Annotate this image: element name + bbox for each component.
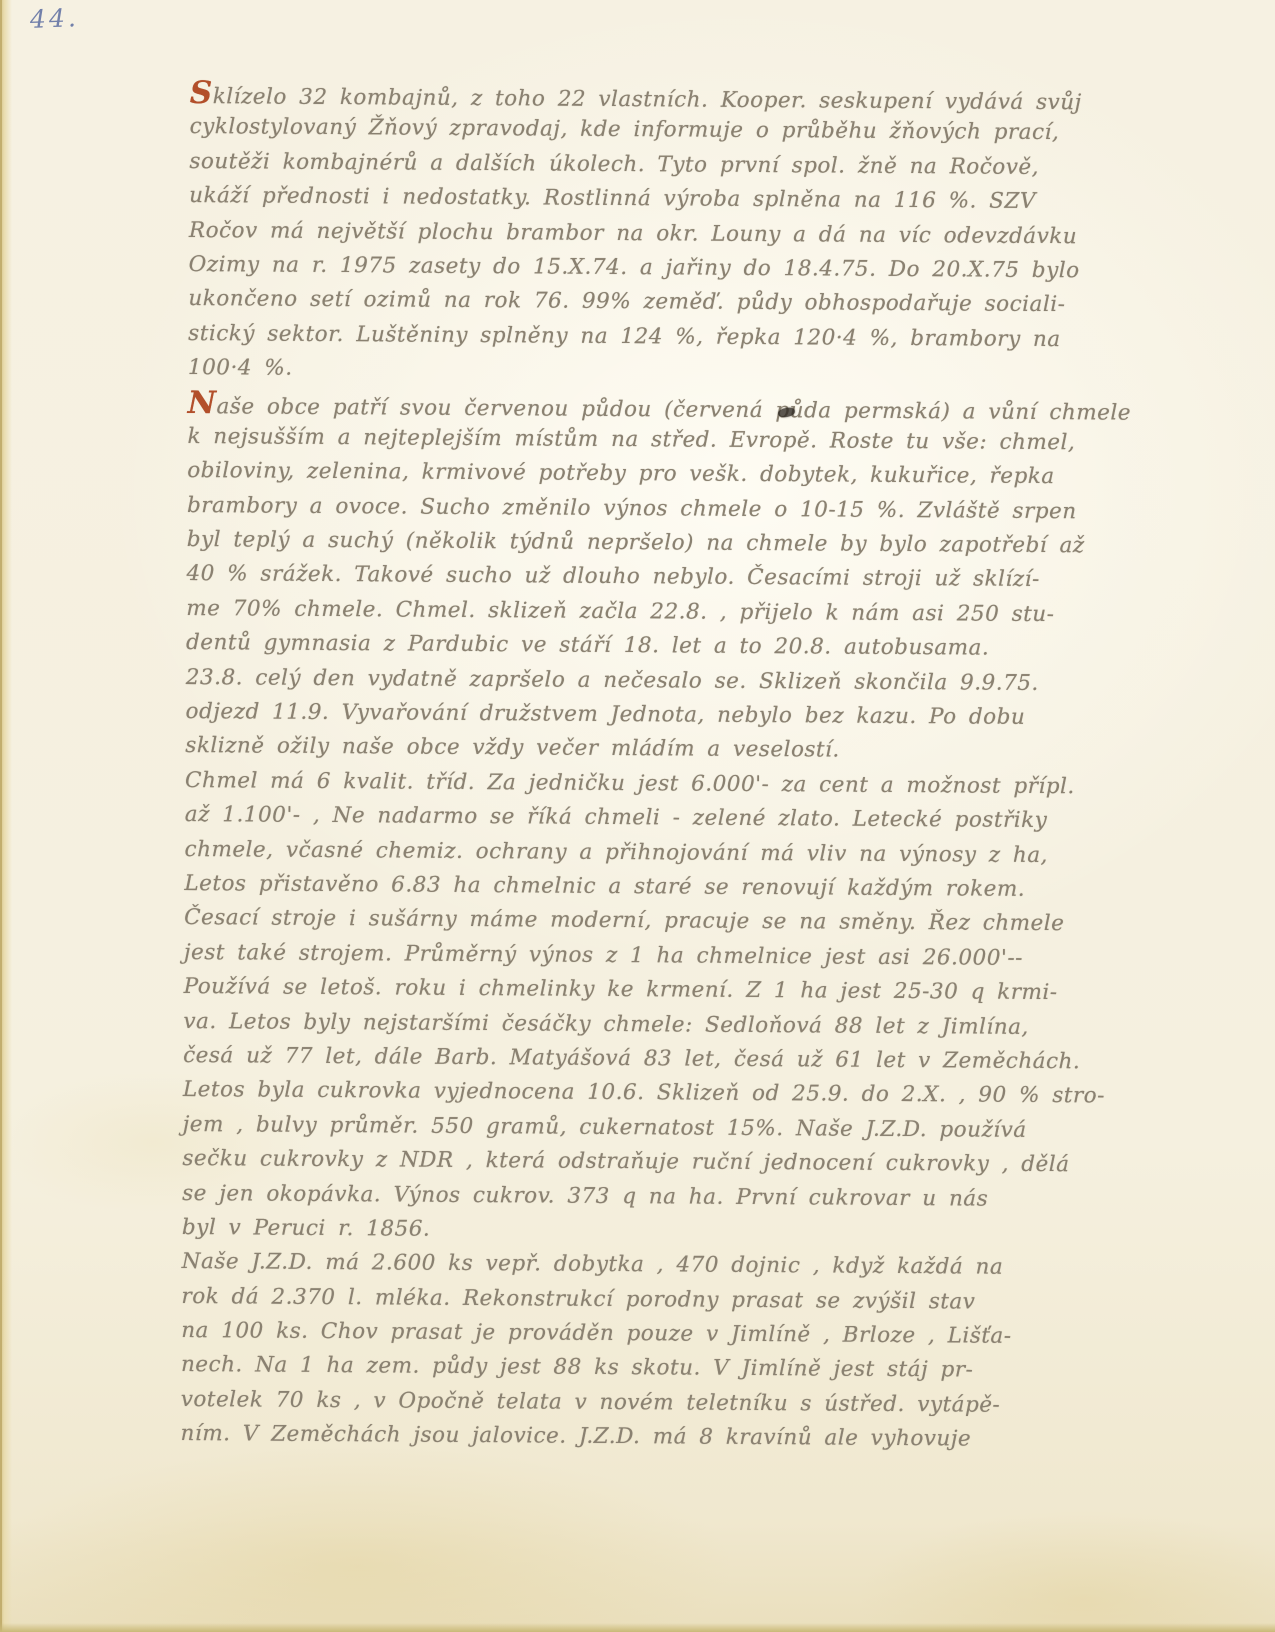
line-text: Chmel má 6 kvalit. tříd. Za jedničku jes…	[185, 768, 1075, 799]
line-text: me 70% chmele. Chmel. sklizeň začla 22.8…	[186, 596, 1054, 627]
line-text: sečku cukrovky z NDR , která odstraňuje …	[182, 1146, 1069, 1177]
line-text: ukáží přednosti i nedostatky. Rostlinná …	[189, 183, 1036, 214]
line-text: soutěži kombajnérů a dalších úkolech. Ty…	[189, 149, 1039, 180]
line-text: nech. Na 1 ha zem. půdy jest 88 ks skotu…	[181, 1352, 973, 1383]
handwritten-text-block: Sklízelo 32 kombajnů, z toho 22 vlastníc…	[180, 76, 1200, 1459]
red-initial-letter: N	[188, 385, 217, 421]
line-text: až 1.100'- , Ne nadarmo se říká chmeli -…	[185, 802, 1048, 833]
line-text: česá už 77 let, dále Barb. Matyášová 83 …	[183, 1043, 1080, 1074]
line-text: se jen okopávka. Výnos cukrov. 373 q na …	[182, 1180, 988, 1211]
line-text: odjezd 11.9. Vyvařování družstvem Jednot…	[185, 699, 1025, 730]
page-bottom-edge	[0, 1623, 1275, 1632]
line-text: rok dá 2.370 l. mléka. Rekonstrukcí poro…	[181, 1284, 975, 1315]
line-text: va. Letos byly nejstaršími česáčky chmel…	[183, 1009, 1029, 1040]
page-number: 44.	[30, 3, 80, 34]
line-text: na 100 ks. Chov prasat je prováděn pouze…	[181, 1318, 1011, 1349]
page-left-edge	[0, 0, 12, 1632]
handwritten-line: stický sektor. Luštěniny splněny na 124 …	[188, 317, 1198, 358]
line-text: dentů gymnasia z Pardubic ve stáří 18. l…	[186, 630, 989, 661]
line-text: obiloviny, zelenina, krmivové potřeby pr…	[187, 458, 1055, 489]
line-text: Česací stroje i sušárny máme moderní, pr…	[184, 905, 1064, 936]
line-text: ním. V Zeměchách jsou jalovice. J.Z.D. m…	[180, 1421, 971, 1452]
line-text: 40 % srážek. Takové sucho už dlouho neby…	[186, 561, 1039, 592]
line-text: votelek 70 ks , v Opočně telata v novém …	[181, 1387, 1001, 1418]
line-text: ukončeno setí ozimů na rok 76. 99% zeměď…	[188, 286, 1065, 317]
line-text: 100·4 %.	[188, 355, 293, 381]
line-text: Letos přistavěno 6.83 ha chmelnic a star…	[184, 871, 1025, 902]
chronicle-page: 44. Sklízelo 32 kombajnů, z toho 22 vlas…	[0, 0, 1275, 1632]
line-text: Používá se letoš. roku i chmelinky ke kr…	[184, 974, 1058, 1005]
red-initial-letter: S	[190, 75, 213, 111]
line-text: Naše J.Z.D. má 2.600 ks vepř. dobytka , …	[182, 1249, 1004, 1280]
line-text: Ozimy na r. 1975 zasety do 15.X.74. a ja…	[189, 252, 1080, 283]
line-text: 23.8. celý den vydatně zapršelo a nečesa…	[186, 665, 1039, 696]
handwritten-line: ním. V Zeměchách jsou jalovice. J.Z.D. m…	[180, 1417, 1190, 1458]
line-text: jest také strojem. Průměrný výnos z 1 ha…	[184, 940, 1023, 971]
line-text: Ročov má největší plochu brambor na okr.…	[189, 218, 1077, 249]
line-text: jem , bulvy průměr. 550 gramů, cukernato…	[183, 1112, 1027, 1143]
line-text: sklizně ožily naše obce vždy večer mládí…	[185, 733, 840, 763]
line-text: stický sektor. Luštěniny splněny na 124 …	[188, 321, 1061, 352]
line-text: cyklostylovaný Žňový zpravodaj, kde info…	[190, 114, 1060, 145]
line-text: Letos byla cukrovka vyjednocena 10.6. Sk…	[183, 1077, 1105, 1108]
line-text: byl teplý a suchý (několik týdnů nepršel…	[187, 527, 1085, 558]
line-text: k nejsušším a nejteplejším místům na stř…	[187, 424, 1075, 455]
line-text: brambory a ovoce. Sucho změnilo výnos ch…	[187, 493, 1077, 524]
line-text: byl v Peruci r. 1856.	[182, 1215, 431, 1242]
line-text: chmele, včasné chemiz. ochrany a přihnoj…	[185, 837, 1049, 868]
